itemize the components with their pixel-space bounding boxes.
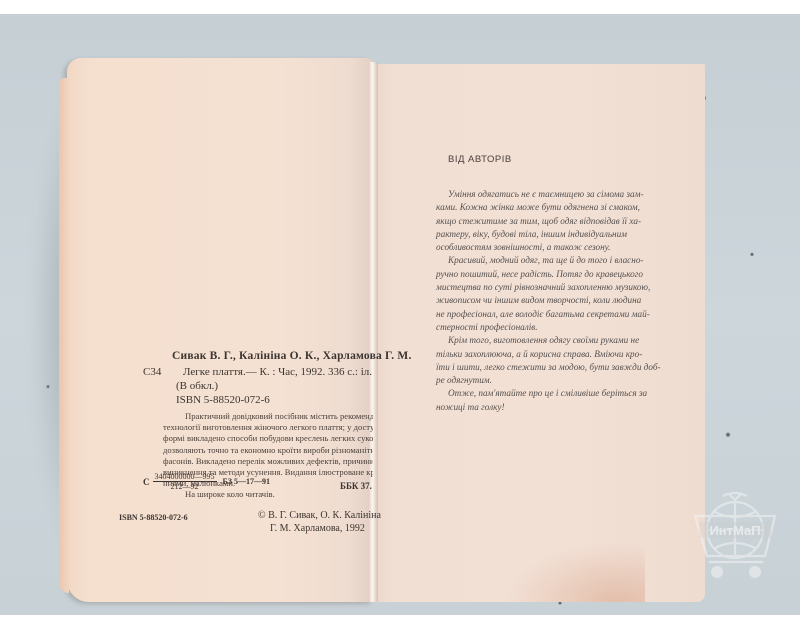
copyright-line: Г. М. Харламова, 1992 [270, 523, 365, 534]
preface-line: ручно пошитий, несе радість. Потяг до кр… [436, 268, 676, 281]
isbn-line: ISBN 5-88520-072-6 [176, 394, 270, 406]
index-prefix: С [143, 477, 150, 487]
preface-text: Уміння одягатись не є таємницею за сімом… [436, 188, 676, 414]
preface-line: не професіонал, але володіє багатьма сек… [436, 308, 676, 321]
bbk-code: ББК 37. [340, 481, 372, 491]
annotation-line: технології виготовлення жіночого легкого… [163, 422, 373, 433]
preface-line: особливостям зовнішності, а також сезону… [436, 241, 676, 254]
shopping-cart-globe-icon: ИнтМаП [685, 488, 785, 588]
preface-line: ножиці та голку! [436, 401, 676, 414]
annotation-line: фасонів. Викладено перелік можливих дефе… [163, 456, 373, 467]
index-fraction: С 3404000000—995 212—92 БЗ 5—17—91 [143, 472, 270, 491]
preface-line: Красивий, модний одяг, та ще й до того і… [436, 254, 676, 267]
preface-line: Отже, пам'ятайте про це і сміливіше бері… [436, 387, 676, 400]
preface-heading: ВІД АВТОРІВ [448, 154, 512, 165]
preface-line: якщо стежитиме за тим, щоб одяг відповід… [436, 215, 676, 228]
bz-code: БЗ 5—17—91 [223, 477, 271, 486]
photo-background [0, 14, 800, 615]
preface-line: живописом чи іншим видом творчості, коли… [436, 294, 676, 307]
index-numerator: 3404000000—995 [153, 472, 217, 482]
authors-line: Сивак В. Г., Калініна О. К., Харламова Г… [172, 350, 412, 362]
annotation-line: дозволяють точно та економно кроїти виро… [163, 445, 373, 456]
preface-line: ре одягнутим. [436, 374, 676, 387]
index-denominator: 212—92 [171, 482, 199, 491]
annotation-line: формі викладено способи побудови креслен… [163, 433, 373, 444]
preface-line: стерності професіоналів. [436, 321, 676, 334]
preface-line: рактеру, віку, будові тіла, іншим індиві… [436, 228, 676, 241]
preface-line: тільки захоплююча, а й корисна справа. В… [436, 348, 676, 361]
preface-line: Уміння одягатись не є таємницею за сімом… [436, 188, 676, 201]
isbn-bottom: ISBN 5-88520-072-6 [119, 513, 188, 522]
annotation-line: Практичний довідковий посібник містить р… [163, 411, 373, 422]
preface-line: мистецтва по суті рівнозначний захопленн… [436, 281, 676, 294]
copyright-line: © В. Г. Сивак, О. К. Калініна [258, 510, 381, 521]
preface-line: ками. Кожна жінка може бути одягнена зі … [436, 201, 676, 214]
title-line: Легке плаття.— К. : Час, 1992. 336 с.: і… [183, 366, 372, 378]
audience-line: На широке коло читачів. [163, 489, 373, 500]
book-spine [368, 62, 378, 602]
binding-line: (В обкл.) [176, 380, 218, 392]
preface-line: Крім того, виготовлення одягу своїми рук… [436, 334, 676, 347]
svg-text:ИнтМаП: ИнтМаП [709, 523, 760, 538]
catalog-code: С34 [143, 366, 161, 378]
preface-line: їти і шити, легко стежити за модою, бути… [436, 361, 676, 374]
